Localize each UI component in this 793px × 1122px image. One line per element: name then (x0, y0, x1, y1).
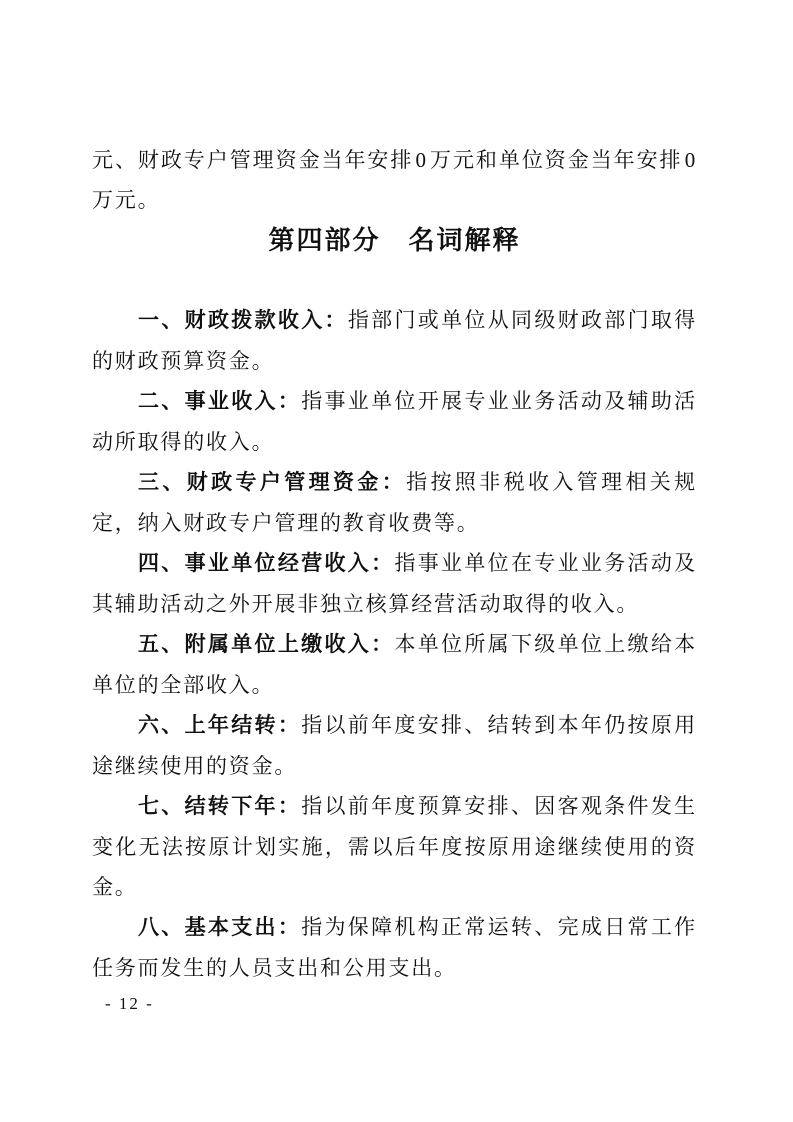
term-label: 六、上年结转： (138, 714, 301, 737)
term-item-8: 八、基本支出：指为保障机构正常运转、完成日常工作任务而发生的人员支出和公用支出。 (92, 907, 697, 988)
term-item-4: 四、事业单位经营收入：指事业单位在专业业务活动及其辅助活动之外开展非独立核算经营… (92, 543, 697, 624)
term-label: 七、结转下年： (138, 795, 301, 818)
term-item-1: 一、财政拨款收入：指部门或单位从同级财政部门取得的财政预算资金。 (92, 300, 697, 381)
term-label: 一、财政拨款收入： (138, 309, 348, 332)
page-content: 元、财政专户管理资金当年安排 0 万元和单位资金当年安排 0 万元。 第四部分 … (92, 140, 697, 988)
section-heading: 第四部分 名词解释 (92, 220, 697, 260)
page-number: - 12 - (105, 992, 154, 1016)
term-label: 三、财政专户管理资金： (138, 471, 406, 494)
term-label: 四、事业单位经营收入： (138, 552, 394, 575)
term-item-2: 二、事业收入：指事业单位开展专业业务活动及辅助活动所取得的收入。 (92, 381, 697, 462)
term-item-6: 六、上年结转：指以前年度安排、结转到本年仍按原用途继续使用的资金。 (92, 705, 697, 786)
document-page: 元、财政专户管理资金当年安排 0 万元和单位资金当年安排 0 万元。 第四部分 … (0, 0, 793, 1122)
intro-paragraph: 元、财政专户管理资金当年安排 0 万元和单位资金当年安排 0 万元。 (92, 140, 697, 220)
term-item-5: 五、附属单位上缴收入：本单位所属下级单位上缴给本单位的全部收入。 (92, 624, 697, 705)
term-label: 八、基本支出： (138, 916, 301, 939)
term-label: 五、附属单位上缴收入： (138, 633, 394, 656)
term-item-7: 七、结转下年：指以前年度预算安排、因客观条件发生变化无法按原计划实施，需以后年度… (92, 786, 697, 907)
term-label: 二、事业收入： (138, 390, 301, 413)
term-item-3: 三、财政专户管理资金：指按照非税收入管理相关规定，纳入财政专户管理的教育收费等。 (92, 462, 697, 543)
